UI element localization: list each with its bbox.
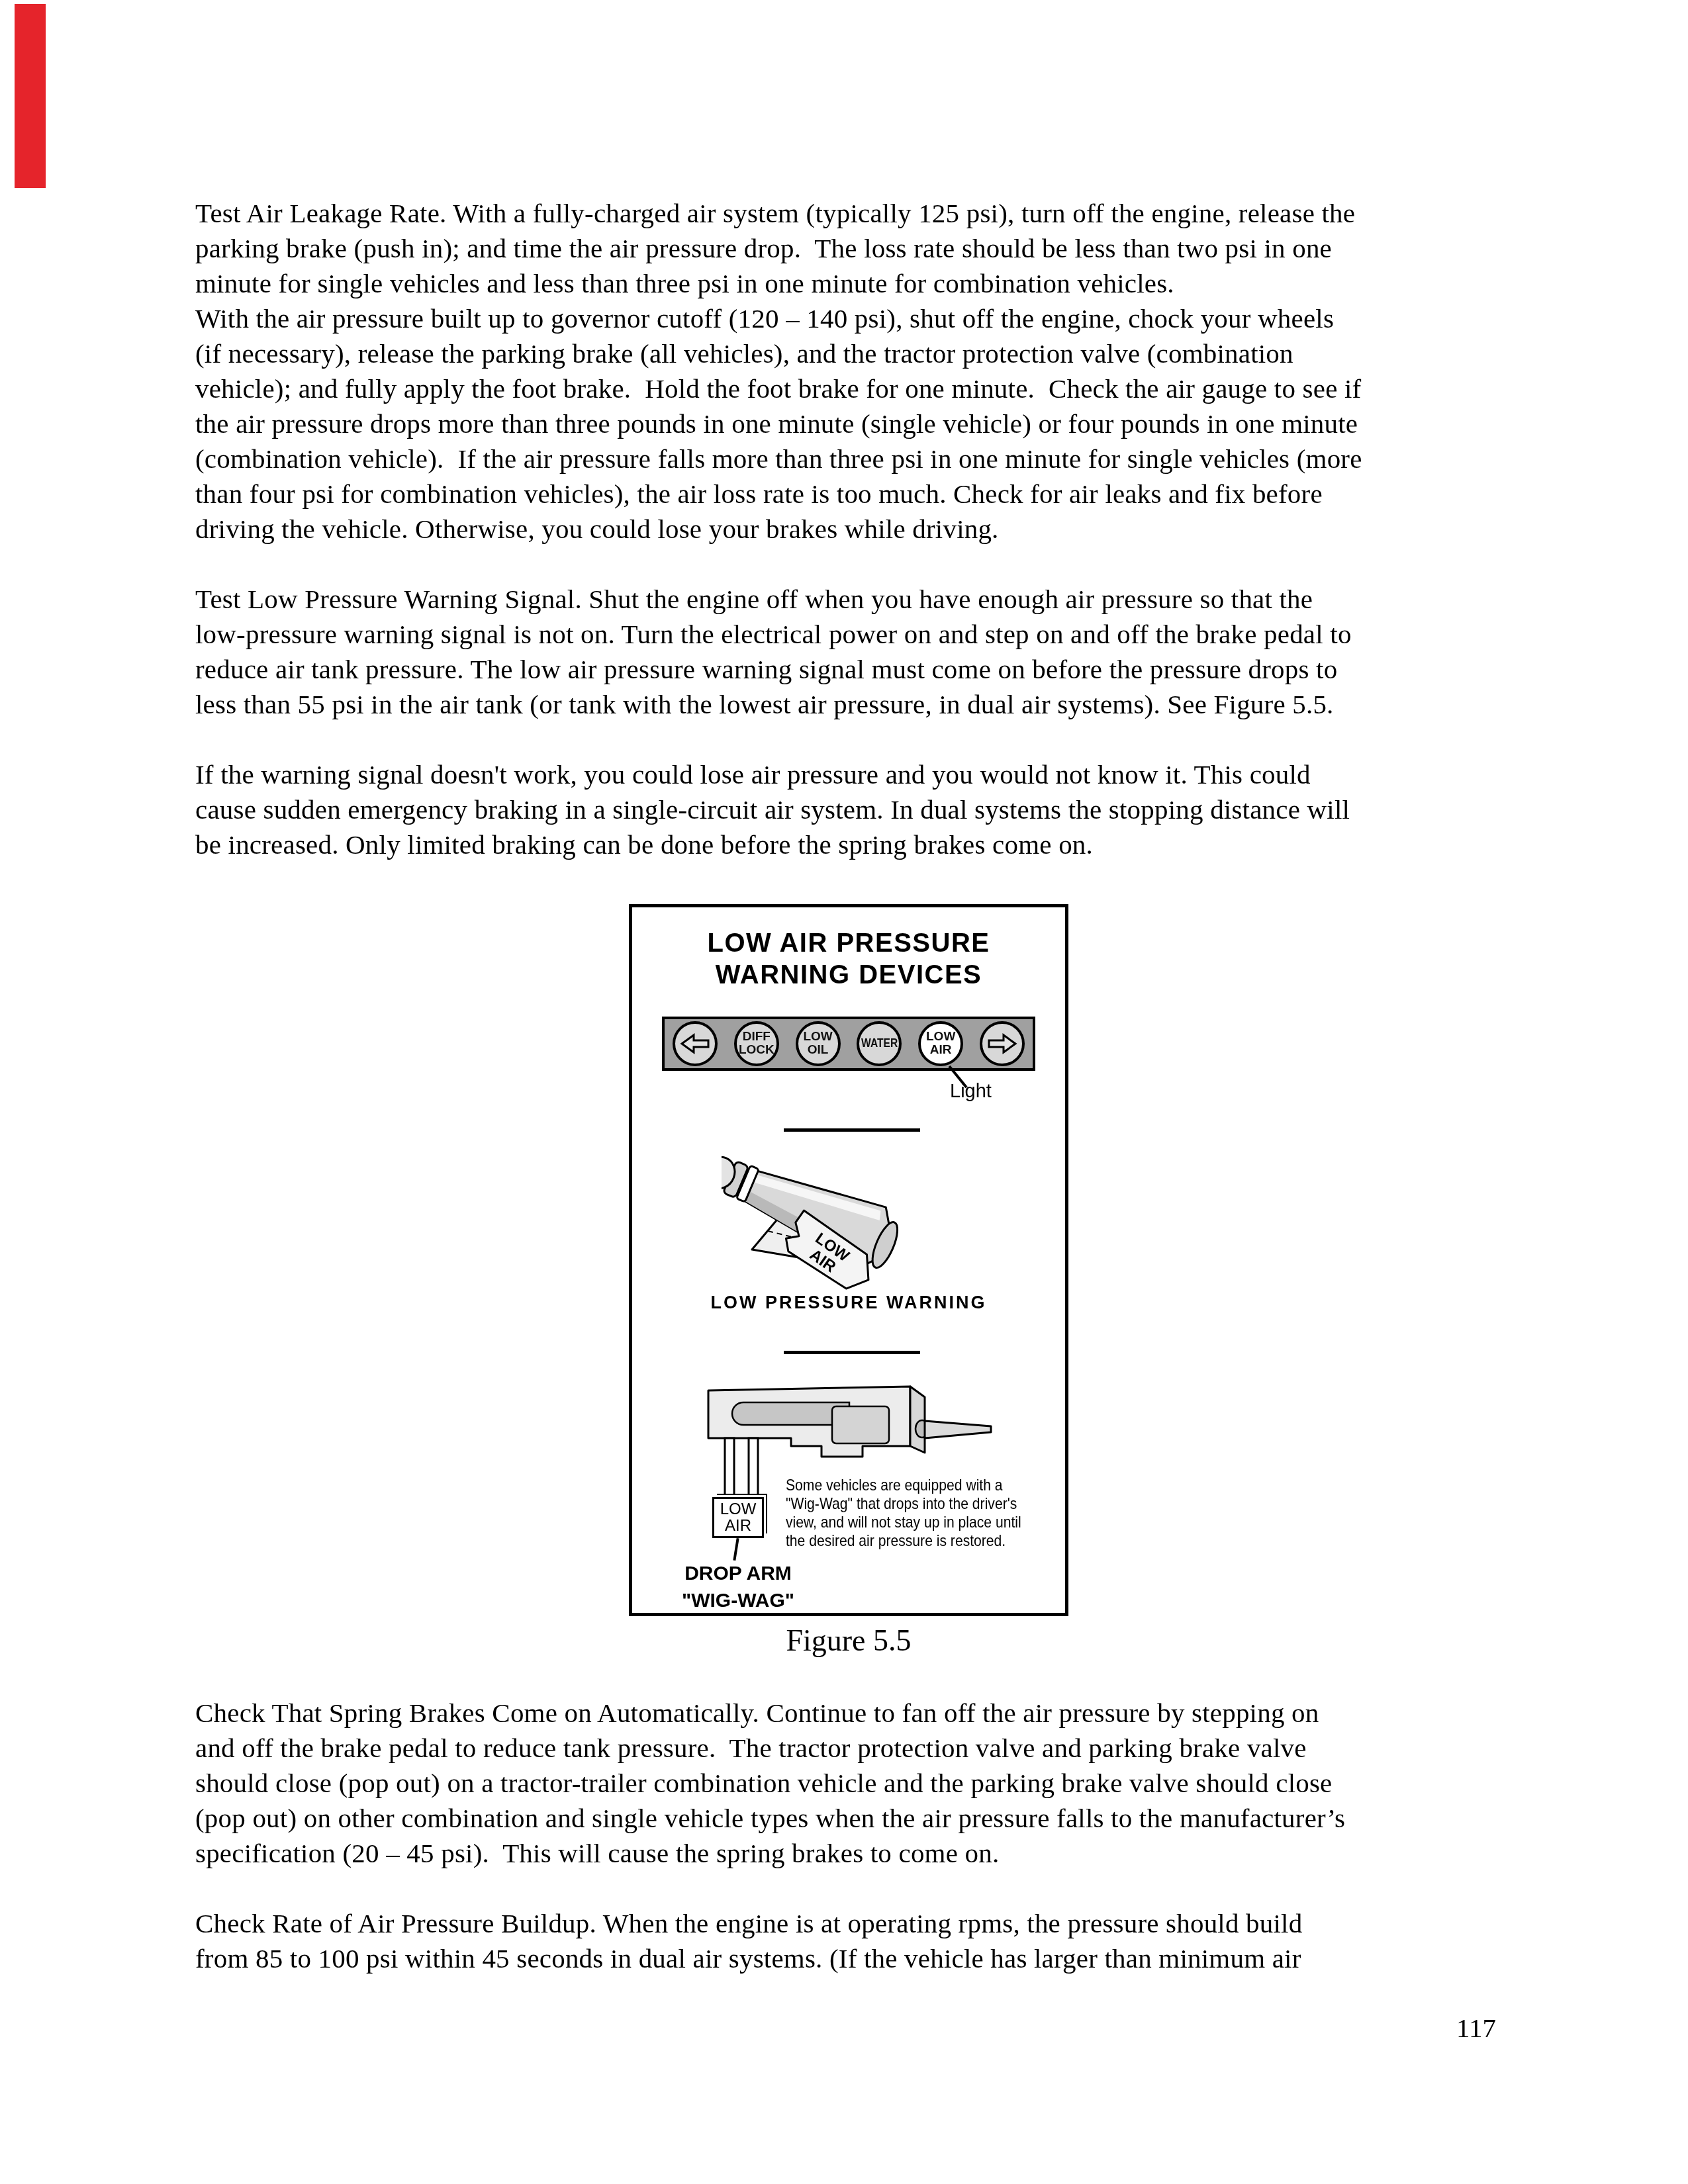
figure-divider: [784, 1351, 920, 1354]
indicator-water: WATER: [857, 1021, 902, 1066]
red-scan-mark: [15, 4, 46, 188]
paragraph-check-air-pressure-buildup: Check Rate of Air Pressure Buildup. When…: [195, 1906, 1302, 1976]
low-pressure-warning-label: LOW PRESSURE WARNING: [632, 1293, 1065, 1313]
indicator-label: WATER: [861, 1037, 898, 1050]
indicator-arrow-left: [673, 1021, 718, 1066]
indicator-light-panel: DIFF LOCK LOW OIL WATER LOW AIR: [662, 1017, 1035, 1071]
drop-arm-label: DROP ARM "WIG-WAG": [672, 1560, 804, 1614]
document-page: Test Air Leakage Rate. With a fully-char…: [0, 0, 1688, 2184]
indicator-label: DIFF LOCK: [739, 1030, 774, 1057]
arrow-left-icon: [680, 1020, 710, 1068]
page-number: 117: [1364, 2012, 1496, 2044]
figure-title: LOW AIR PRESSURE WARNING DEVICES: [632, 927, 1065, 991]
indicator-arrow-right: [980, 1021, 1025, 1066]
indicator-label: LOW OIL: [803, 1030, 832, 1057]
paragraph-check-spring-brakes: Check That Spring Brakes Come on Automat…: [195, 1696, 1345, 1871]
paragraph-warning-signal-failure: If the warning signal doesn't work, you …: [195, 757, 1350, 862]
paragraph-test-low-pressure-warning-signal: Test Low Pressure Warning Signal. Shut t…: [195, 582, 1352, 722]
indicator-diff-lock: DIFF LOCK: [734, 1021, 779, 1066]
low-pressure-buzzer-illustration: [722, 1145, 947, 1310]
figure-5-5-box: LOW AIR PRESSURE WARNING DEVICES DIFF LO…: [629, 904, 1068, 1616]
figure-caption: Figure 5.5: [629, 1623, 1068, 1658]
indicator-low-air: LOW AIR: [918, 1021, 963, 1066]
light-label: Light: [950, 1081, 992, 1103]
drop-arm-pointer-line: [733, 1538, 739, 1561]
indicator-low-oil: LOW OIL: [796, 1021, 841, 1066]
arrow-right-icon: [987, 1020, 1017, 1068]
indicator-label: LOW AIR: [926, 1030, 955, 1057]
wigwag-note-text: Some vehicles are equipped with a "Wig-W…: [786, 1477, 1021, 1551]
figure-divider: [784, 1128, 920, 1132]
wigwag-low-air-box: LOW AIR: [712, 1497, 764, 1538]
paragraph-test-air-leakage-rate: Test Air Leakage Rate. With a fully-char…: [195, 196, 1362, 547]
